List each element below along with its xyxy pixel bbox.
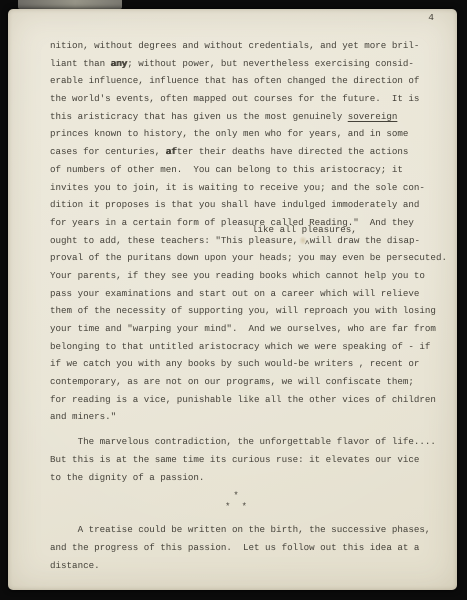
- text-segment: erable influence, influence that has oft…: [50, 75, 419, 86]
- text-segment: contemporary, as are not on our programs…: [50, 376, 414, 387]
- text-segment: cases for centuries,: [50, 146, 166, 157]
- typed-line: ought to add, these teachers: "This plea…: [50, 232, 452, 250]
- typed-line: for years in a certain form of pleasure …: [50, 214, 452, 232]
- text-segment: A treatise could be written on the birth…: [50, 524, 430, 535]
- typed-line: The marvelous contradiction, the unforge…: [50, 433, 452, 451]
- page-number: 4: [428, 12, 434, 23]
- text-segment: the world's events, often mapped out cou…: [50, 93, 419, 104]
- typed-line: of numbers of other men. You can belong …: [50, 161, 452, 179]
- text-segment: princes known to history, the only men w…: [50, 128, 408, 139]
- text-segment: *: [233, 490, 239, 501]
- text-segment: to the dignity of a passion.: [50, 472, 204, 483]
- typed-line: this aristicracy that has given us the m…: [50, 108, 452, 126]
- typed-line: pass your examinations and start out on …: [50, 285, 452, 303]
- manuscript-page: 4 nition, without degrees and without cr…: [8, 9, 457, 590]
- typed-line: distance.: [50, 557, 452, 575]
- typed-line: and miners.": [50, 408, 452, 426]
- typed-line: for reading is a vice, punishable like a…: [50, 391, 452, 409]
- text-segment: dition it proposes is that you shall hav…: [50, 199, 419, 210]
- typed-line: proval of the puritans down upon your he…: [50, 249, 452, 267]
- text-segment: * *: [225, 501, 247, 512]
- text-segment: if we catch you with any books by such w…: [50, 358, 419, 369]
- text-segment: them of the necessity of supporting you,…: [50, 305, 436, 316]
- text-segment: this aristicracy that has given us the m…: [50, 111, 348, 122]
- text-segment: The marvelous contradiction, the unforge…: [50, 436, 436, 447]
- overstruck-word: any: [111, 58, 128, 69]
- typed-line: But this is at the same time its curious…: [50, 451, 452, 469]
- typed-line: A treatise could be written on the birth…: [50, 521, 452, 539]
- typed-line: liant than any; without power, but never…: [50, 55, 452, 73]
- text-segment: proval of the puritans down upon your he…: [50, 252, 447, 263]
- typed-line: your time and "warping your mind". And w…: [50, 320, 452, 338]
- text-segment: But this is at the same time its curious…: [50, 454, 419, 465]
- typed-line: contemporary, as are not on our programs…: [50, 373, 452, 391]
- text-segment: liant than: [50, 58, 111, 69]
- typed-line: and the progress of this passion. Let us…: [50, 539, 452, 557]
- typed-text-block: nition, without degrees and without cred…: [50, 37, 452, 574]
- typed-line: the world's events, often mapped out cou…: [50, 90, 452, 108]
- text-segment: for years in a certain form of pleasure …: [50, 217, 414, 228]
- text-segment: your time and "warping your mind". And w…: [50, 323, 436, 334]
- typed-line: *: [50, 490, 422, 501]
- text-segment: and the progress of this passion. Let us…: [50, 542, 419, 553]
- typed-line: if we catch you with any books by such w…: [50, 355, 452, 373]
- text-segment: nition, without degrees and without cred…: [50, 40, 419, 51]
- typed-line: cases for centuries, after their deaths …: [50, 143, 452, 161]
- overstruck-word: af: [166, 146, 177, 157]
- text-segment: ter their deaths have directed the actio…: [177, 146, 409, 157]
- text-segment: pass your examinations and start out on …: [50, 288, 419, 299]
- typed-line: belonging to that untitled aristocracy w…: [50, 338, 452, 356]
- typed-line: * *: [50, 501, 422, 512]
- underlined-word: sovereign: [348, 111, 398, 122]
- text-segment: distance.: [50, 560, 100, 571]
- photo-background: 4 nition, without degrees and without cr…: [0, 0, 467, 600]
- typed-line: princes known to history, the only men w…: [50, 125, 452, 143]
- text-segment: of numbers of other men. You can belong …: [50, 164, 403, 175]
- text-segment: for reading is a vice, punishable like a…: [50, 394, 436, 405]
- caret-mark: ^: [305, 239, 310, 249]
- background-paper-edge: [18, 0, 122, 9]
- text-segment: ; without power, but nevertheless exerci…: [127, 58, 414, 69]
- typed-line: to the dignity of a passion.: [50, 469, 452, 487]
- typed-line: dition it proposes is that you shall hav…: [50, 196, 452, 214]
- typed-line: Your parents, if they see you reading bo…: [50, 267, 452, 285]
- text-segment: Your parents, if they see you reading bo…: [50, 270, 425, 281]
- text-segment: belonging to that untitled aristocracy w…: [50, 341, 430, 352]
- text-segment: and miners.": [50, 411, 116, 422]
- typed-line: nition, without degrees and without cred…: [50, 37, 452, 55]
- typed-line: erable influence, influence that has oft…: [50, 72, 452, 90]
- typed-line: invites you to join, it is waiting to re…: [50, 179, 452, 197]
- typed-line: them of the necessity of supporting you,…: [50, 302, 452, 320]
- interlinear-insertion: like all pleasures,: [252, 221, 357, 239]
- text-segment: invites you to join, it is waiting to re…: [50, 182, 425, 193]
